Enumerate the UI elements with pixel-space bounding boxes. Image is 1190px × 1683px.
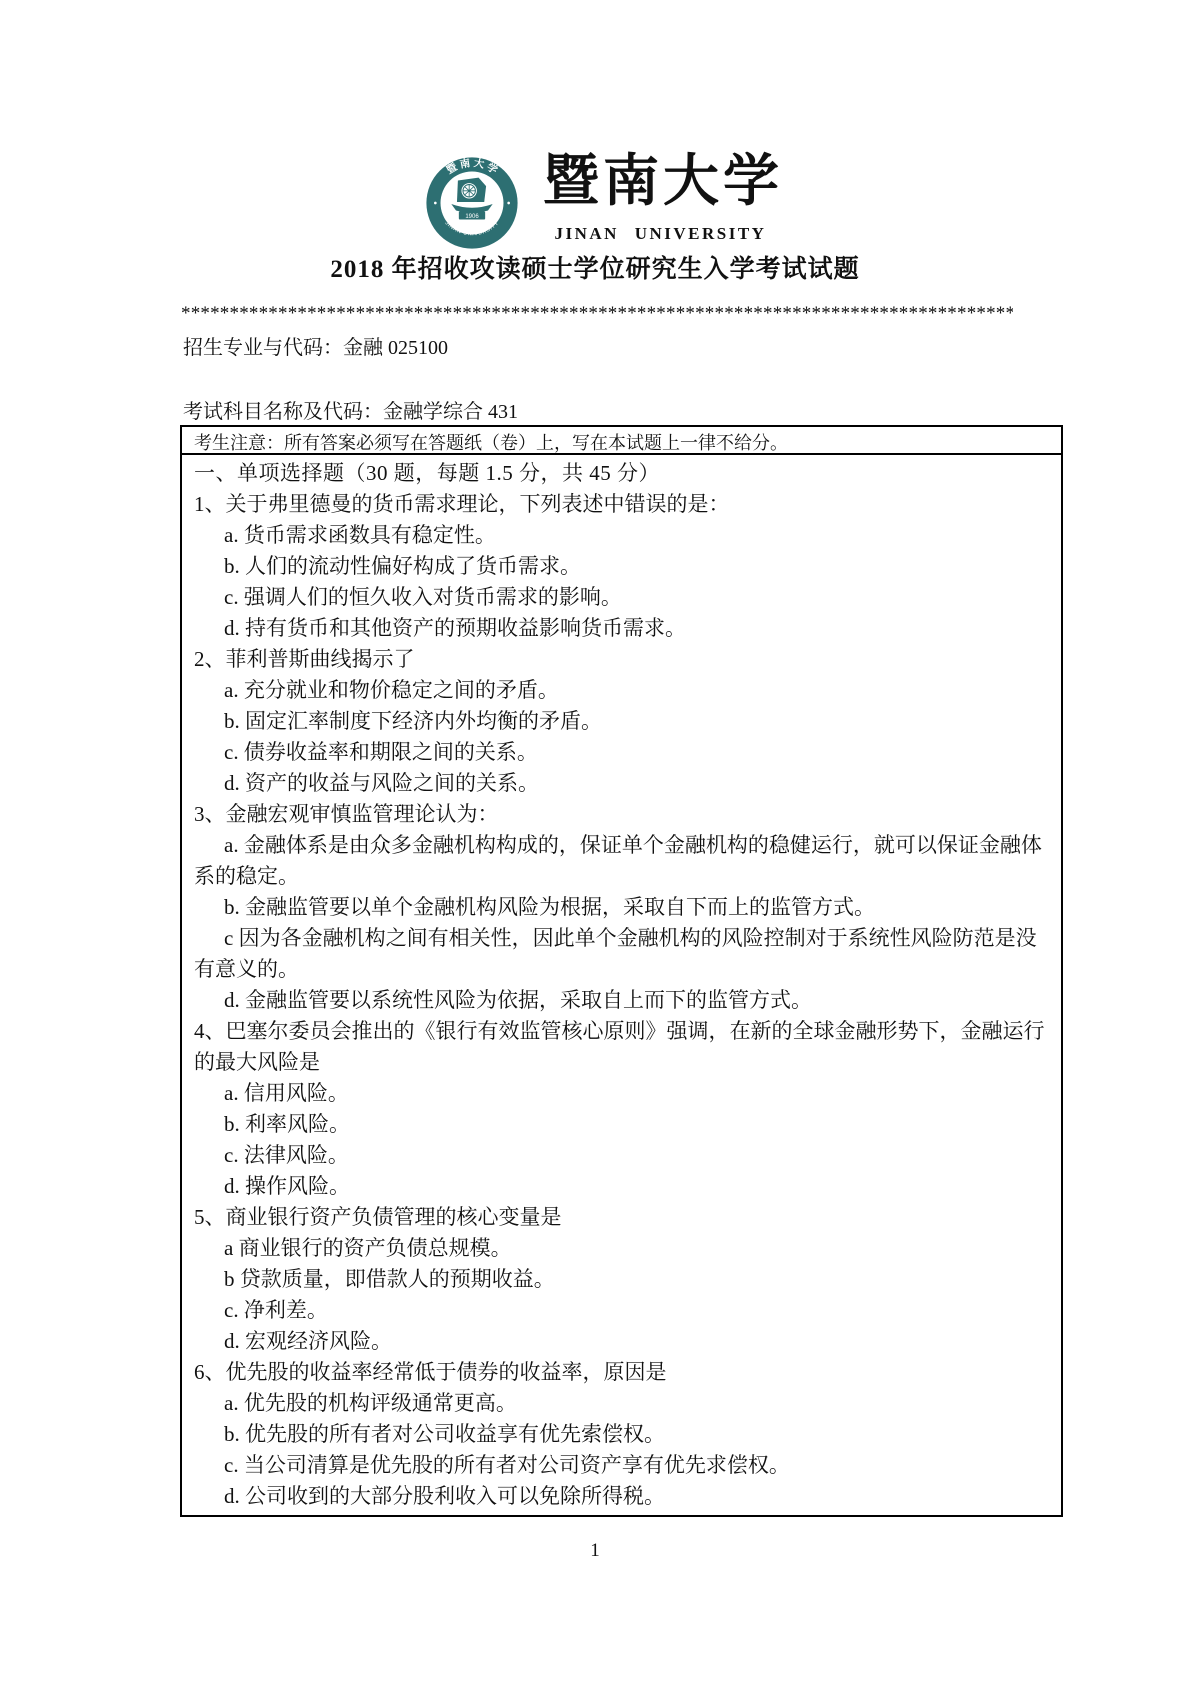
question-stem: 4、巴塞尔委员会推出的《银行有效监管核心原则》强调，在新的全球金融形势下，金融运… [194,1016,1051,1078]
question-option: d. 金融监管要以系统性风险为依据，采取自上而下的监管方式。 [194,985,1051,1016]
question-option: c. 法律风险。 [194,1140,1051,1171]
question-block-1: 1、关于弗里德曼的货币需求理论，下列表述中错误的是： a. 货币需求函数具有稳定… [194,489,1051,644]
section-title: 一、单项选择题（30 题，每题 1.5 分，共 45 分） [194,458,1051,489]
exam-body-box: 一、单项选择题（30 题，每题 1.5 分，共 45 分） 1、关于弗里德曼的货… [180,455,1063,1517]
exam-paper-page: 暨 南 大 学 JINAN UNIVERSITY 1906 暨南大学 JINAN… [0,0,1190,1683]
question-option: c. 强调人们的恒久收入对货币需求的影响。 [194,582,1051,613]
question-option: a. 货币需求函数具有稳定性。 [194,520,1051,551]
question-stem: 1、关于弗里德曼的货币需求理论，下列表述中错误的是： [194,489,1051,520]
page-number: 1 [0,1540,1190,1562]
question-option: d. 操作风险。 [194,1171,1051,1202]
notice-box: 考生注意：所有答案必须写在答题纸（卷）上，写在本试题上一律不给分。 [180,425,1063,455]
question-option: b. 优先股的所有者对公司收益享有优先索偿权。 [194,1419,1051,1450]
question-option: b 贷款质量，即借款人的预期收益。 [194,1264,1051,1295]
question-number: 6、 [194,1360,226,1384]
question-option: d. 宏观经济风险。 [194,1326,1051,1357]
question-option: a. 充分就业和物价稳定之间的矛盾。 [194,675,1051,706]
question-block-3: 3、金融宏观审慎监管理论认为： a. 金融体系是由众多金融机构构成的，保证单个金… [194,799,1051,1016]
question-number: 4、 [194,1019,226,1043]
question-stem: 3、金融宏观审慎监管理论认为： [194,799,1051,830]
university-seal-icon: 暨 南 大 学 JINAN UNIVERSITY 1906 [425,156,519,250]
question-option: a. 金融体系是由众多金融机构构成的，保证单个金融机构的稳健运行，就可以保证金融… [194,830,1051,892]
admission-major-line: 招生专业与代码：金融 025100 [183,331,448,360]
question-option: a 商业银行的资产负债总规模。 [194,1233,1051,1264]
question-option: d. 资产的收益与风险之间的关系。 [194,768,1051,799]
question-option: d. 公司收到的大部分股利收入可以免除所得税。 [194,1481,1051,1512]
question-block-2: 2、菲利普斯曲线揭示了 a. 充分就业和物价稳定之间的矛盾。 b. 固定汇率制度… [194,644,1051,799]
exam-subject-line: 考试科目名称及代码：金融学综合 431 [183,395,518,424]
question-option: d. 持有货币和其他资产的预期收益影响货币需求。 [194,613,1051,644]
question-option: b. 人们的流动性偏好构成了货币需求。 [194,551,1051,582]
separator-line: ****************************************… [181,303,1013,327]
question-option: b. 利率风险。 [194,1109,1051,1140]
question-option: b. 固定汇率制度下经济内外均衡的矛盾。 [194,706,1051,737]
university-logo: 暨 南 大 学 JINAN UNIVERSITY 1906 暨南大学 JINAN… [425,152,785,252]
question-option: a. 信用风险。 [194,1078,1051,1109]
question-number: 3、 [194,802,226,826]
question-option: c 因为各金融机构之间有相关性，因此单个金融机构的风险控制对于系统性风险防范是没… [194,923,1051,985]
question-text: 巴塞尔委员会推出的《银行有效监管核心原则》强调，在新的全球金融形势下，金融运行的… [194,1019,1045,1074]
question-number: 2、 [194,647,226,671]
question-text: 金融宏观审慎监管理论认为： [226,802,499,826]
question-option: c. 债券收益率和期限之间的关系。 [194,737,1051,768]
seal-year-label: 1906 [465,214,479,220]
notice-text: 考生注意：所有答案必须写在答题纸（卷）上，写在本试题上一律不给分。 [194,433,788,453]
question-block-6: 6、优先股的收益率经常低于债券的收益率，原因是 a. 优先股的机构评级通常更高。… [194,1357,1051,1512]
question-option: b. 金融监管要以单个金融机构风险为根据，采取自下而上的监管方式。 [194,892,1051,923]
question-number: 5、 [194,1205,226,1229]
question-text: 菲利普斯曲线揭示了 [226,647,415,671]
question-stem: 5、商业银行资产负债管理的核心变量是 [194,1202,1051,1233]
question-option: a. 优先股的机构评级通常更高。 [194,1388,1051,1419]
logo-calligraphy: 暨南大学 [543,146,778,218]
logo-university-name-en: JINAN UNIVERSITY [543,224,778,244]
exam-title: 2018 年招收攻读硕士学位研究生入学考试试题 [0,249,1190,285]
question-number: 1、 [194,492,226,516]
question-option: c. 净利差。 [194,1295,1051,1326]
question-block-4: 4、巴塞尔委员会推出的《银行有效监管核心原则》强调，在新的全球金融形势下，金融运… [194,1016,1051,1202]
question-text: 商业银行资产负债管理的核心变量是 [226,1205,562,1229]
question-text: 关于弗里德曼的货币需求理论，下列表述中错误的是： [226,492,730,516]
question-option: c. 当公司清算是优先股的所有者对公司资产享有优先求偿权。 [194,1450,1051,1481]
question-text: 优先股的收益率经常低于债券的收益率，原因是 [226,1360,667,1384]
question-stem: 2、菲利普斯曲线揭示了 [194,644,1051,675]
question-block-5: 5、商业银行资产负债管理的核心变量是 a 商业银行的资产负债总规模。 b 贷款质… [194,1202,1051,1357]
question-stem: 6、优先股的收益率经常低于债券的收益率，原因是 [194,1357,1051,1388]
